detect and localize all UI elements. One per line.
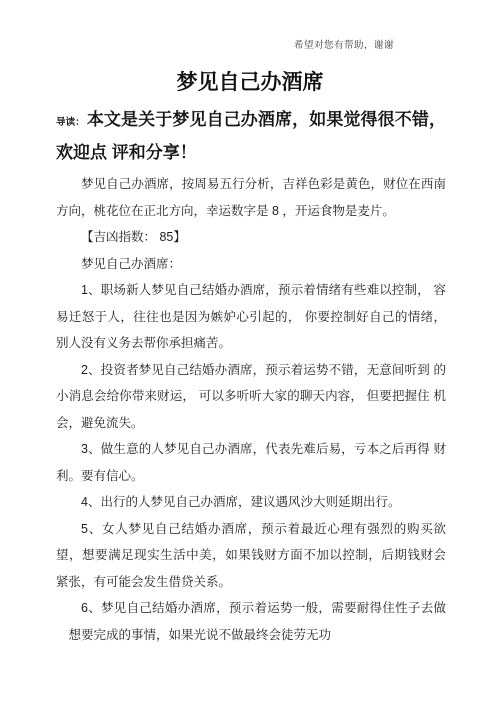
lead-paragraph: 导读：本文是关于梦见自己办酒席，如果觉得很不错，欢迎点 评和分享！ [56,105,446,168]
paragraph-item-4: 4、出行的人梦见自己办酒席，建议遇风沙大则延期出行。 [56,489,446,516]
paragraph-item-5: 5、女人梦见自己结婚办酒席，预示着最近心理有强烈的购买欲 望，想要满足现实生活中… [56,516,446,596]
paragraph-subject: 梦见自己办酒席： [56,251,446,278]
paragraph-luck-index: 【吉凶指数： 85】 [56,224,446,251]
document-body: 导读：本文是关于梦见自己办酒席，如果觉得很不错，欢迎点 评和分享！ 梦见自己办酒… [56,105,446,648]
lead-label: 导读： [56,117,85,128]
paragraph-item-3: 3、做生意的人梦见自己办酒席，代表先难后易，亏本之后再得 财利。要有信心。 [56,436,446,489]
page-title: 梦见自己办酒席 [0,66,500,96]
paragraph-list: 梦见自己办酒席，按周易五行分析，吉祥色彩是黄色，财位在西南方向，桃花位在正北方向… [56,171,446,648]
paragraph-intro: 梦见自己办酒席，按周易五行分析，吉祥色彩是黄色，财位在西南方向，桃花位在正北方向… [56,171,446,224]
paragraph-item-1: 1、职场新人梦见自己结婚办酒席，预示着情绪有些难以控制， 容易迁怒于人，往往也是… [56,277,446,357]
header-note: 希望对您有帮助，谢谢 [294,37,394,51]
document-page: 希望对您有帮助，谢谢 梦见自己办酒席 导读：本文是关于梦见自己办酒席，如果觉得很… [0,0,500,708]
lead-text: 本文是关于梦见自己办酒席，如果觉得很不错，欢迎点 评和分享！ [56,110,446,162]
paragraph-item-2: 2、投资者梦见自己结婚办酒席，预示着运势不错，无意间听到 的小消息会给你带来财运… [56,357,446,437]
paragraph-item-6: 6、梦见自己结婚办酒席，预示着运势一般，需要耐得住性子去做想要完成的事情，如果光… [56,595,446,648]
